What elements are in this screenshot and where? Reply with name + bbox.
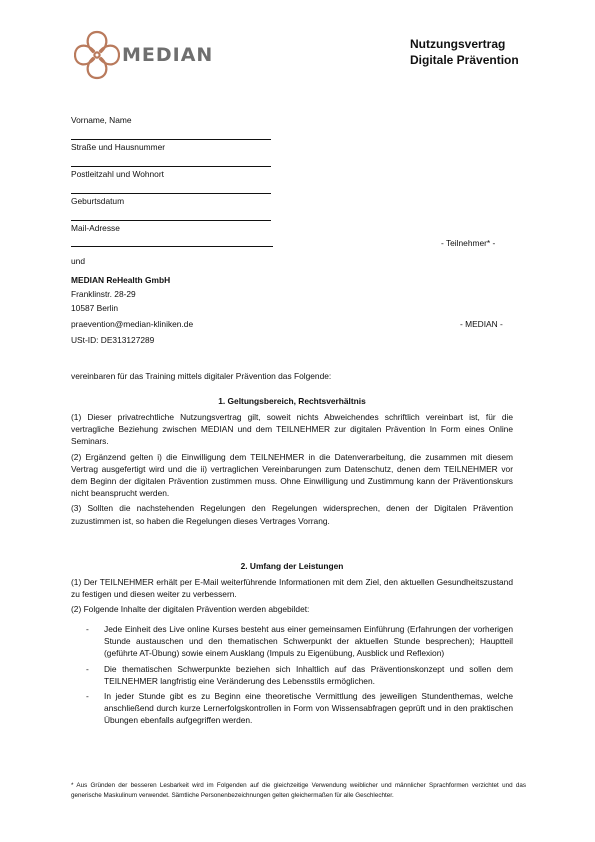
section-1-body: (1) Dieser privatrechtliche Nutzungsvert… — [71, 411, 513, 527]
field-label-email: Mail-Adresse — [71, 223, 120, 233]
bullet-text: Jede Einheit des Live online Kurses best… — [104, 623, 513, 660]
company-city: 10587 Berlin — [71, 303, 118, 313]
title-line-2: Digitale Prävention — [410, 52, 519, 68]
field-line-name[interactable] — [71, 139, 271, 140]
intro-text: vereinbaren für das Training mittels dig… — [71, 371, 331, 381]
list-item: - Jede Einheit des Live online Kurses be… — [86, 623, 513, 660]
connector-text: und — [71, 256, 85, 266]
logo-wordmark: MEDIAN — [122, 44, 213, 66]
list-item: - Die thematischen Schwerpunkte beziehen… — [86, 663, 513, 687]
section-2-paragraph-2: (2) Folgende Inhalte der digitalen Präve… — [71, 603, 513, 615]
section-1-paragraph-1: (1) Dieser privatrechtliche Nutzungsvert… — [71, 411, 513, 448]
company-street: Franklinstr. 28-29 — [71, 289, 136, 299]
company-email[interactable]: praevention@median-kliniken.de — [71, 319, 193, 329]
bullet-text: Die thematischen Schwerpunkte beziehen s… — [104, 663, 513, 687]
median-logo: MEDIAN — [74, 28, 214, 84]
section-2-paragraph-1: (1) Der TEILNEHMER erhält per E-Mail wei… — [71, 576, 513, 600]
bullet-dash: - — [86, 623, 104, 660]
bullet-text: In jeder Stunde gibt es zu Beginn eine t… — [104, 690, 513, 727]
section-2-bullet-list: - Jede Einheit des Live online Kurses be… — [86, 623, 513, 727]
section-2-body: (1) Der TEILNEHMER erhält per E-Mail wei… — [71, 576, 513, 616]
title-line-1: Nutzungsvertrag — [410, 36, 519, 52]
field-label-birthdate: Geburtsdatum — [71, 196, 124, 206]
field-line-street[interactable] — [71, 166, 271, 167]
section-1-heading: 1. Geltungsbereich, Rechtsverhältnis — [71, 396, 513, 406]
bullet-dash: - — [86, 663, 104, 687]
section-1-paragraph-3: (3) Sollten die nachstehenden Regelungen… — [71, 502, 513, 526]
company-name: MEDIAN ReHealth GmbH — [71, 275, 170, 285]
company-vat-id: USt-ID: DE313127289 — [71, 335, 154, 345]
field-label-postal-city: Postleitzahl und Wohnort — [71, 169, 164, 179]
median-tag: - MEDIAN - — [460, 319, 503, 329]
median-flower-icon — [74, 28, 120, 82]
document-title: Nutzungsvertrag Digitale Prävention — [410, 36, 519, 68]
section-1-paragraph-2: (2) Ergänzend gelten i) die Einwilligung… — [71, 451, 513, 500]
field-label-street: Straße und Hausnummer — [71, 142, 165, 152]
field-label-name: Vorname, Name — [71, 115, 132, 125]
field-line-birthdate[interactable] — [71, 220, 271, 221]
field-line-email[interactable] — [71, 246, 273, 247]
section-2-heading: 2. Umfang der Leistungen — [71, 561, 513, 571]
participant-tag: - Teilnehmer* - — [441, 238, 495, 248]
list-item: - In jeder Stunde gibt es zu Beginn eine… — [86, 690, 513, 727]
field-line-postal-city[interactable] — [71, 193, 271, 194]
footnote: * Aus Gründen der besseren Lesbarkeit wi… — [71, 781, 526, 800]
bullet-dash: - — [86, 690, 104, 727]
